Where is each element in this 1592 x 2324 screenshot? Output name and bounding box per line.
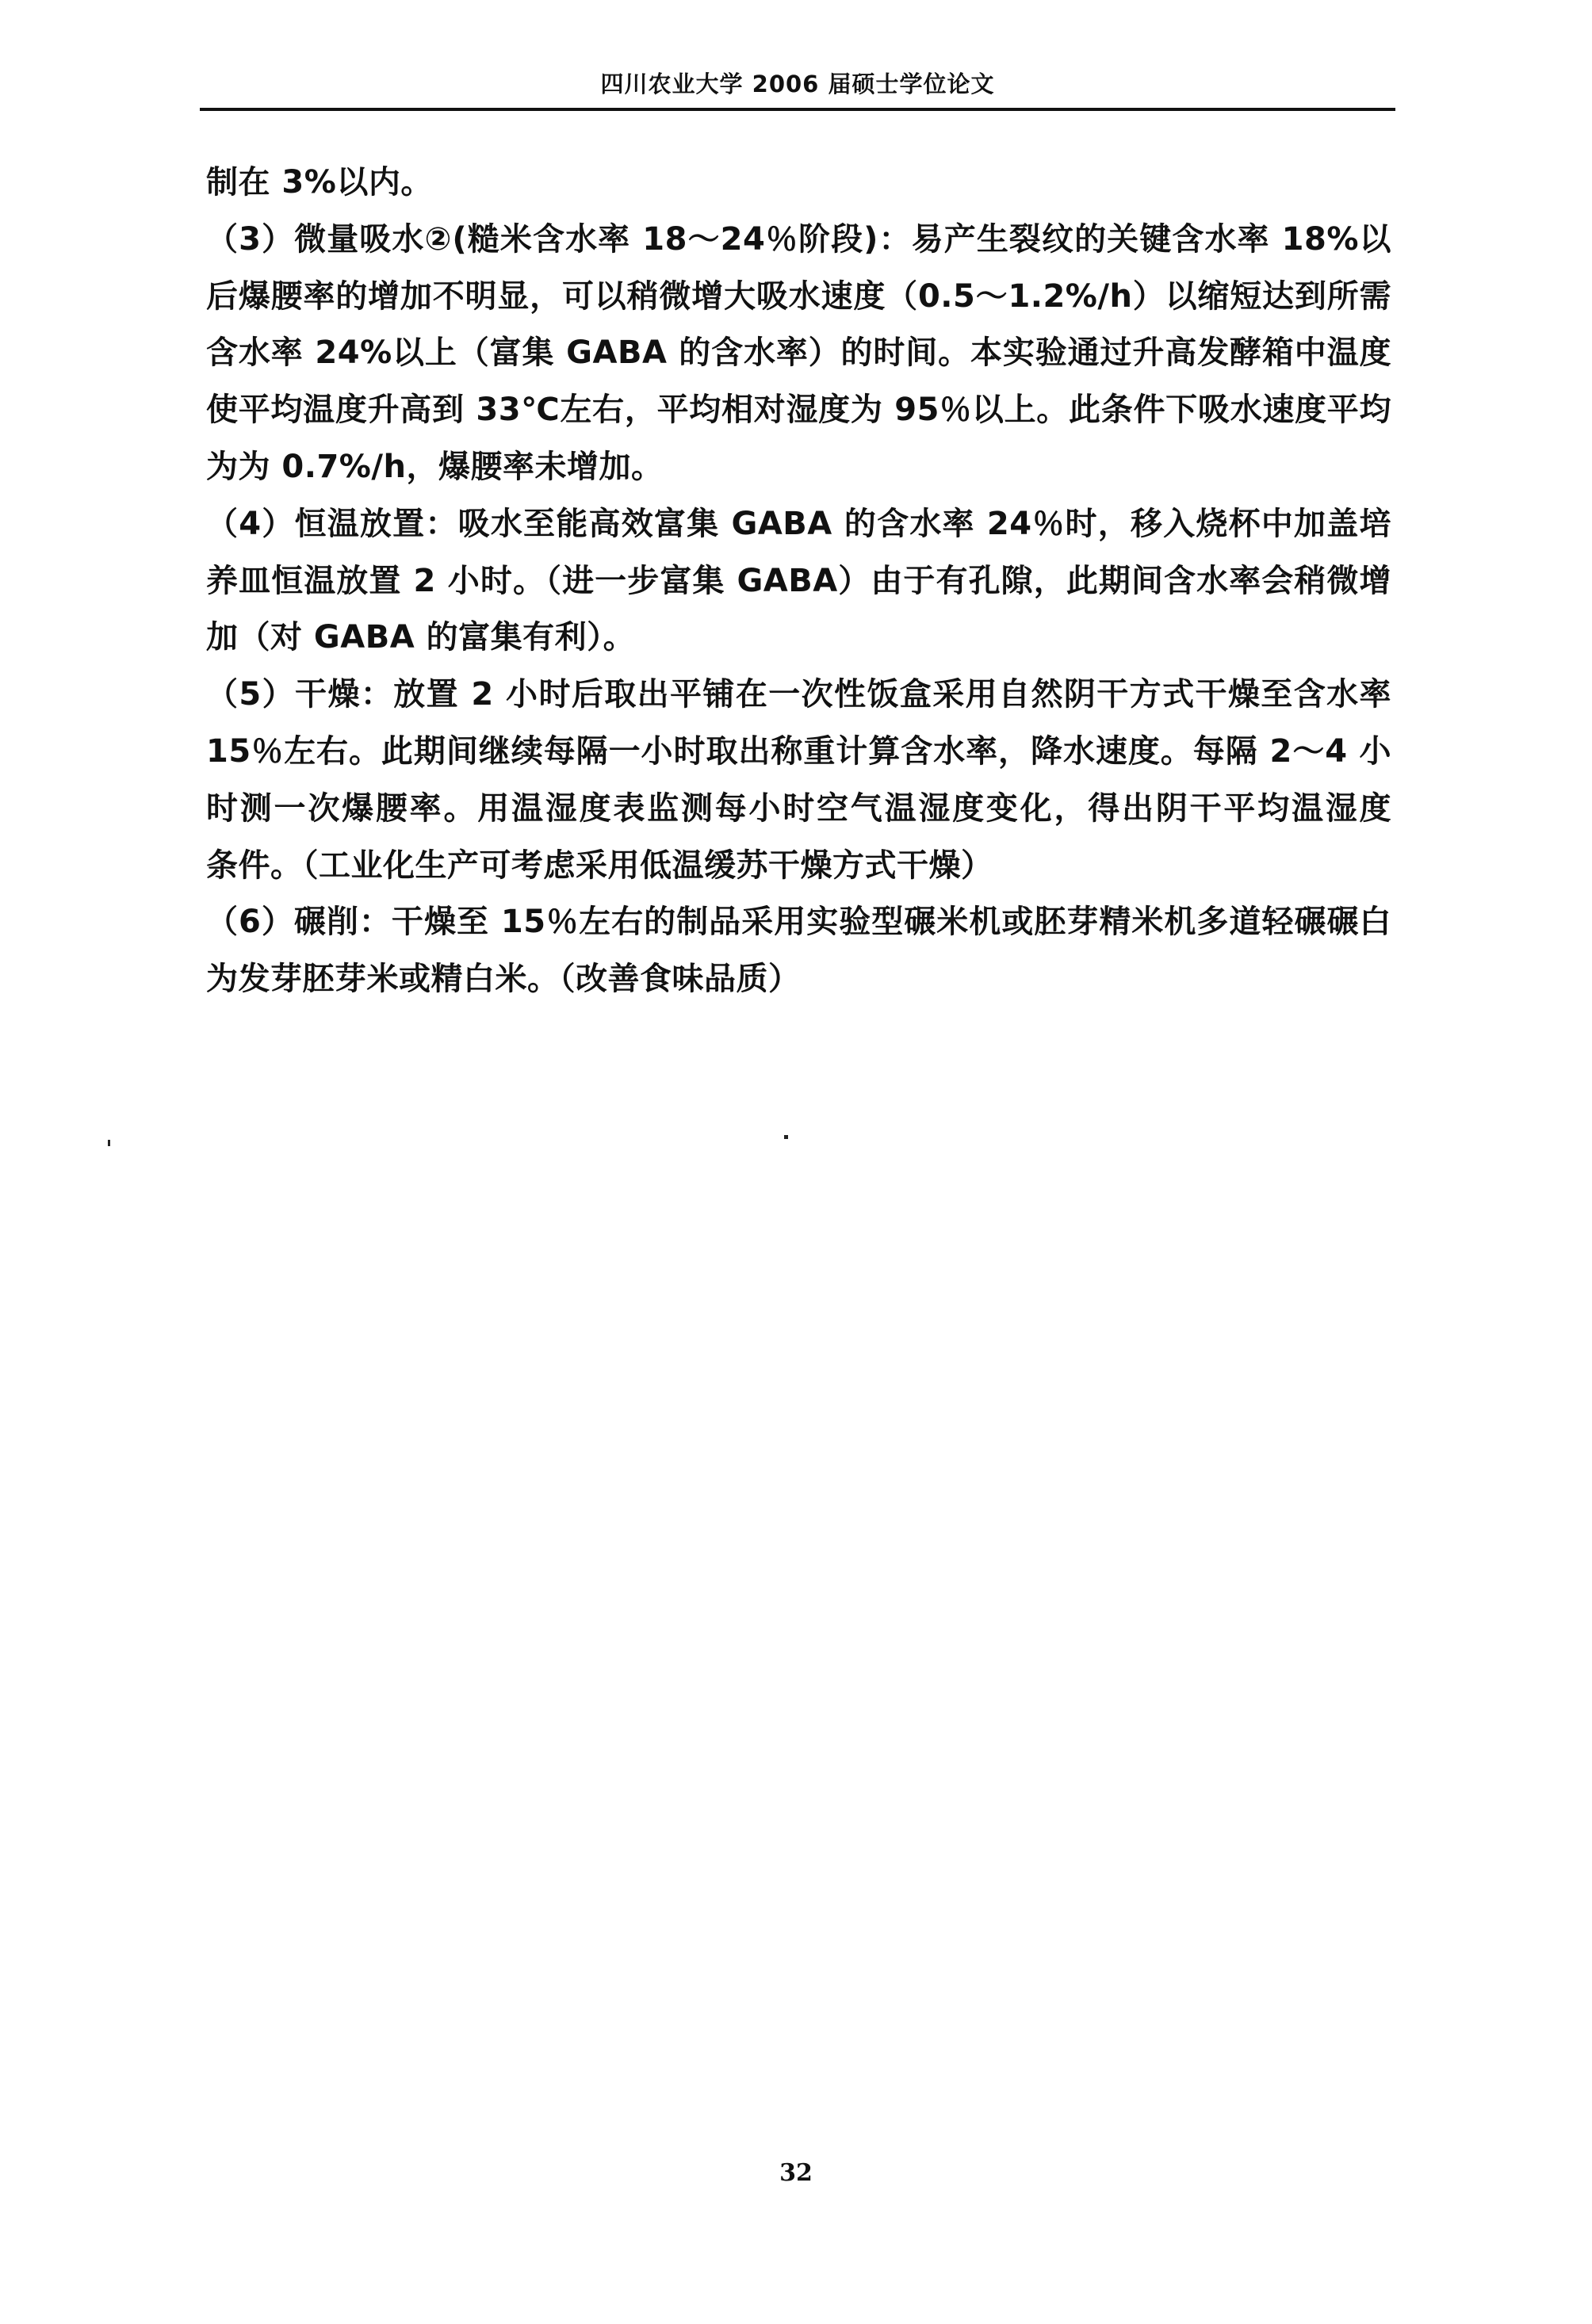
body-text: 制在 3%以内。 （3）微量吸水②(糙米含水率 18～24％阶段)：易产生裂纹的… [206,155,1391,1008]
text-line: 制在 3%以内。 [206,155,1391,212]
scan-speck [784,1135,788,1139]
text-line: 为为 0.7%/h，爆腰率未增加。 [206,439,1391,496]
text-line: 15％左右。此期间继续每隔一小时取出称重计算含水率，降水速度。每隔 2～4 小 [206,724,1391,781]
text-line: 加（对 GABA 的富集有利）。 [206,610,1391,667]
text-line: 条件。（工业化生产可考虑采用低温缓苏干燥方式干燥） [206,838,1391,895]
text-line: 后爆腰率的增加不明显，可以稍微增大吸水速度（0.5～1.2%/h）以缩短达到所需 [206,269,1391,326]
text-line: （6）碾削：干燥至 15％左右的制品采用实验型碾米机或胚芽精米机多道轻碾碾白 [206,894,1391,951]
text-line: （4）恒温放置：吸水至能高效富集 GABA 的含水率 24％时，移入烧杯中加盖培 [206,496,1391,553]
document-page: 四川农业大学 2006 届硕士学位论文 制在 3%以内。 （3）微量吸水②(糙米… [0,0,1592,2324]
scan-speck [108,1140,110,1146]
page-number: 32 [756,2158,836,2189]
text-line: 为发芽胚芽米或精白米。（改善食味品质） [206,951,1391,1008]
text-line: 时测一次爆腰率。用温湿度表监测每小时空气温湿度变化，得出阴干平均温湿度 [206,781,1391,838]
text-line: （5）干燥：放置 2 小时后取出平铺在一次性饭盒采用自然阴干方式干燥至含水率 [206,667,1391,724]
header-rule [200,108,1395,111]
text-line: （3）微量吸水②(糙米含水率 18～24％阶段)：易产生裂纹的关键含水率 18%… [206,212,1391,269]
running-header: 四川农业大学 2006 届硕士学位论文 [200,68,1395,100]
text-line: 养皿恒温放置 2 小时。（进一步富集 GABA）由于有孔隙，此期间含水率会稍微增 [206,553,1391,610]
text-line: 使平均温度升高到 33℃左右，平均相对湿度为 95％以上。此条件下吸水速度平均 [206,382,1391,439]
text-line: 含水率 24%以上（富集 GABA 的含水率）的时间。本实验通过升高发酵箱中温度 [206,325,1391,382]
